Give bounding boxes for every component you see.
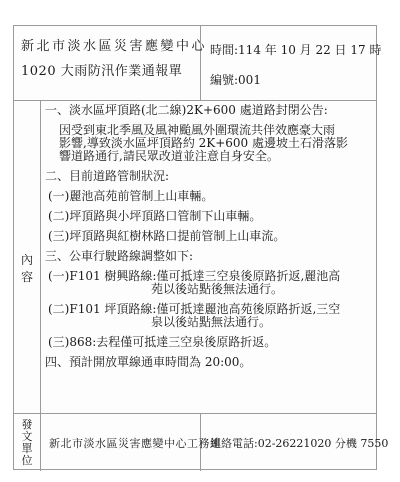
content-line: 四、預計開放單線通車時間為 20:00。 <box>41 356 377 369</box>
content-line: 二、目前道路管制狀況: <box>41 170 377 183</box>
content-line: 苑以後站點後無法通行。 <box>41 283 377 296</box>
doc-number: 編號:001 <box>210 74 376 87</box>
content-line: (三)868:去程僅可抵達三空泉後原路折返。 <box>41 336 377 349</box>
doc-title-line1: 新北市淡水區災害應變中心 <box>21 39 200 54</box>
content-line: (一)麗池高苑前管制上山車輛。 <box>41 190 377 203</box>
issuing-unit-name: 新北市淡水區災害應變中心工務組 <box>41 414 201 471</box>
contact-phone: 連絡電話:02-26221020 分機 7550 <box>201 414 376 471</box>
header-title-cell: 新北市淡水區災害應變中心 1020 大雨防汛作業通報單 <box>14 26 201 101</box>
content-line: 響道路通行,請民眾改道並注意自身安全。 <box>41 150 377 163</box>
footer-label-cell: 發文單位 <box>14 414 41 471</box>
doc-title-line2: 1020 大雨防汛作業通報單 <box>21 64 200 79</box>
content-label: 內容 <box>21 252 34 286</box>
content-line: (二)坪頂路與小坪頂路口管制下山車輛。 <box>41 210 377 223</box>
notice-document-table: 新北市淡水區災害應變中心 1020 大雨防汛作業通報單 時間:114 年 10 … <box>13 25 377 470</box>
content-line: 泉以後站點無法通行。 <box>41 316 377 329</box>
content-line: 一、淡水區坪頂路(北二線)2K+600 處道路封閉公告: <box>41 104 377 117</box>
content-line: (三)坪頂路與紅樹林路口提前管制上山車流。 <box>41 230 377 243</box>
content-body-cell: 一、淡水區坪頂路(北二線)2K+600 處道路封閉公告: 因受到東北季風及風神颱… <box>41 101 377 414</box>
content-label-cell: 內容 <box>14 101 41 414</box>
content-line: 三、公車行駛路線調整如下: <box>41 250 377 263</box>
header-meta-cell: 時間:114 年 10 月 22 日 17 時 編號:001 <box>201 26 376 101</box>
doc-time: 時間:114 年 10 月 22 日 17 時 <box>210 44 376 57</box>
issuing-unit-label: 發文單位 <box>21 419 33 467</box>
